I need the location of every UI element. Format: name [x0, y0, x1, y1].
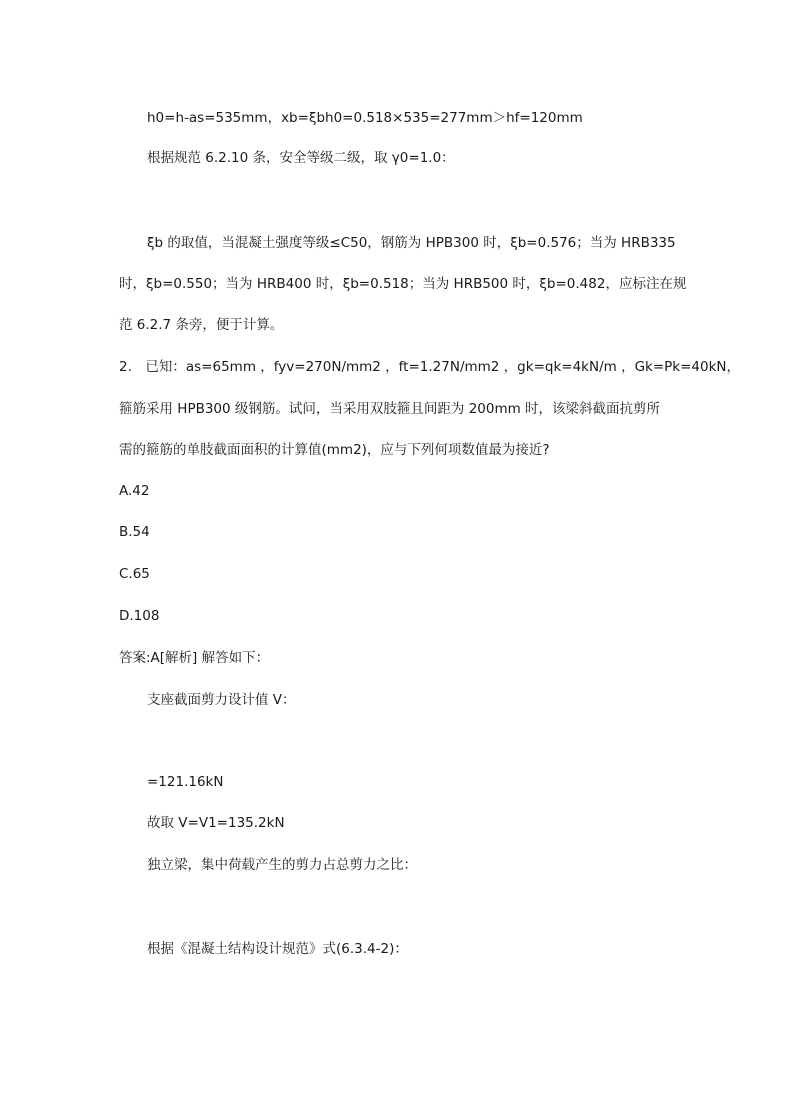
- document-page: h0=h-as=535mm，xb=ξbh0=0.518×535=277mm＞hf…: [0, 0, 792, 1120]
- option-c: C.65: [119, 565, 694, 583]
- option-d: D.108: [119, 607, 694, 625]
- paragraph-xib-values-line1: ξb 的取值，当混凝土强度等级≤C50，钢筋为 HPB300 时，ξb=0.57…: [147, 234, 722, 252]
- option-a: A.42: [119, 482, 694, 500]
- question-2-line3: 需的箍筋的单肢截面面积的计算值(mm2)，应与下列何项数值最为接近?: [119, 441, 694, 459]
- solution-take-v: 故取 V=V1=135.2kN: [147, 814, 722, 832]
- paragraph-xib-values-line3: 范 6.2.7 条旁，便于计算。: [119, 316, 694, 334]
- solution-shear-ratio: 独立梁，集中荷载产生的剪力占总剪力之比：: [147, 856, 722, 874]
- paragraph-code-reference: 根据规范 6.2.10 条，安全等级二级，取 γ0=1.0：: [147, 149, 722, 167]
- solution-code-formula: 根据《混凝土结构设计规范》式(6.3.4-2)：: [147, 940, 722, 958]
- option-b: B.54: [119, 523, 694, 541]
- question-2-line1: 2. 已知：as=65mm ，fyv=270N/mm2 ，ft=1.27N/mm…: [119, 358, 694, 376]
- answer-heading: 答案:A[解析] 解答如下：: [119, 649, 694, 667]
- paragraph-h0-calculation: h0=h-as=535mm，xb=ξbh0=0.518×535=277mm＞hf…: [147, 109, 722, 127]
- question-2-line2: 箍筋采用 HPB300 级钢筋。试问，当采用双肢箍且间距为 200mm 时，该梁…: [119, 400, 694, 418]
- paragraph-xib-values-line2: 时，ξb=0.550；当为 HRB400 时，ξb=0.518；当为 HRB50…: [119, 275, 694, 293]
- solution-shear-result: =121.16kN: [147, 773, 722, 791]
- solution-shear-design-value: 支座截面剪力设计值 V：: [147, 691, 722, 709]
